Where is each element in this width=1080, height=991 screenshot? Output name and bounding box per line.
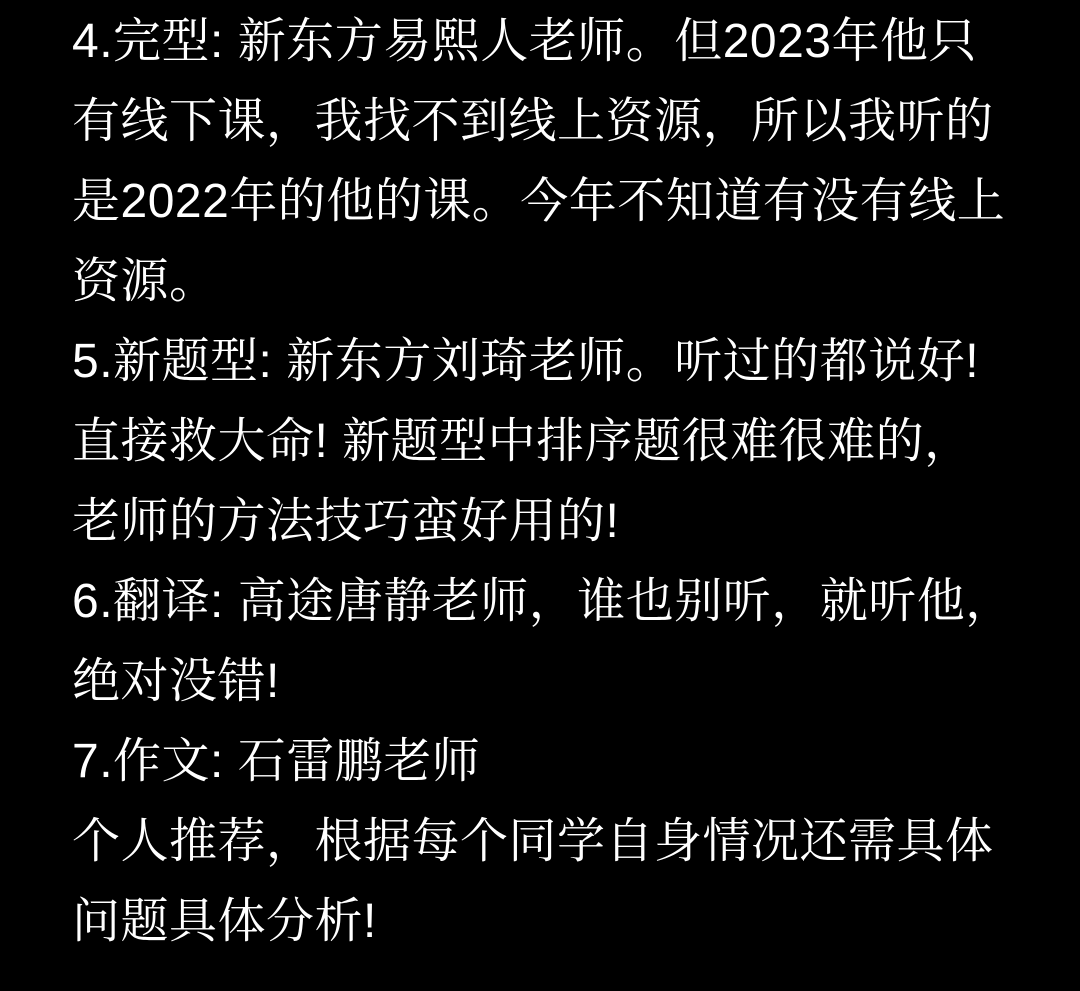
text-line-10: 7.作文: 石雷鹏老师 xyxy=(72,722,1080,802)
text-line-5: 5.新题型: 新东方刘琦老师。听过的都说好! xyxy=(72,322,1080,402)
text-line-8: 6.翻译: 高途唐静老师，谁也别听，就听他， xyxy=(72,562,1080,642)
post-text: 4.完型: 新东方易熙人老师。但2023年他只 有线下课，我找不到线上资源，所以… xyxy=(0,0,1080,991)
text-line-7: 老师的方法技巧蛮好用的! xyxy=(72,482,1080,562)
text-line-1: 4.完型: 新东方易熙人老师。但2023年他只 xyxy=(72,2,1080,82)
text-line-4: 资源。 xyxy=(72,242,1080,322)
text-line-2: 有线下课，我找不到线上资源，所以我听的 xyxy=(72,82,1080,162)
text-line-9: 绝对没错! xyxy=(72,642,1080,722)
text-line-12: 问题具体分析! xyxy=(72,882,1080,962)
text-line-11: 个人推荐，根据每个同学自身情况还需具体 xyxy=(72,802,1080,882)
text-line-6: 直接救大命! 新题型中排序题很难很难的， xyxy=(72,402,1080,482)
text-line-3: 是2022年的他的课。今年不知道有没有线上 xyxy=(72,162,1080,242)
